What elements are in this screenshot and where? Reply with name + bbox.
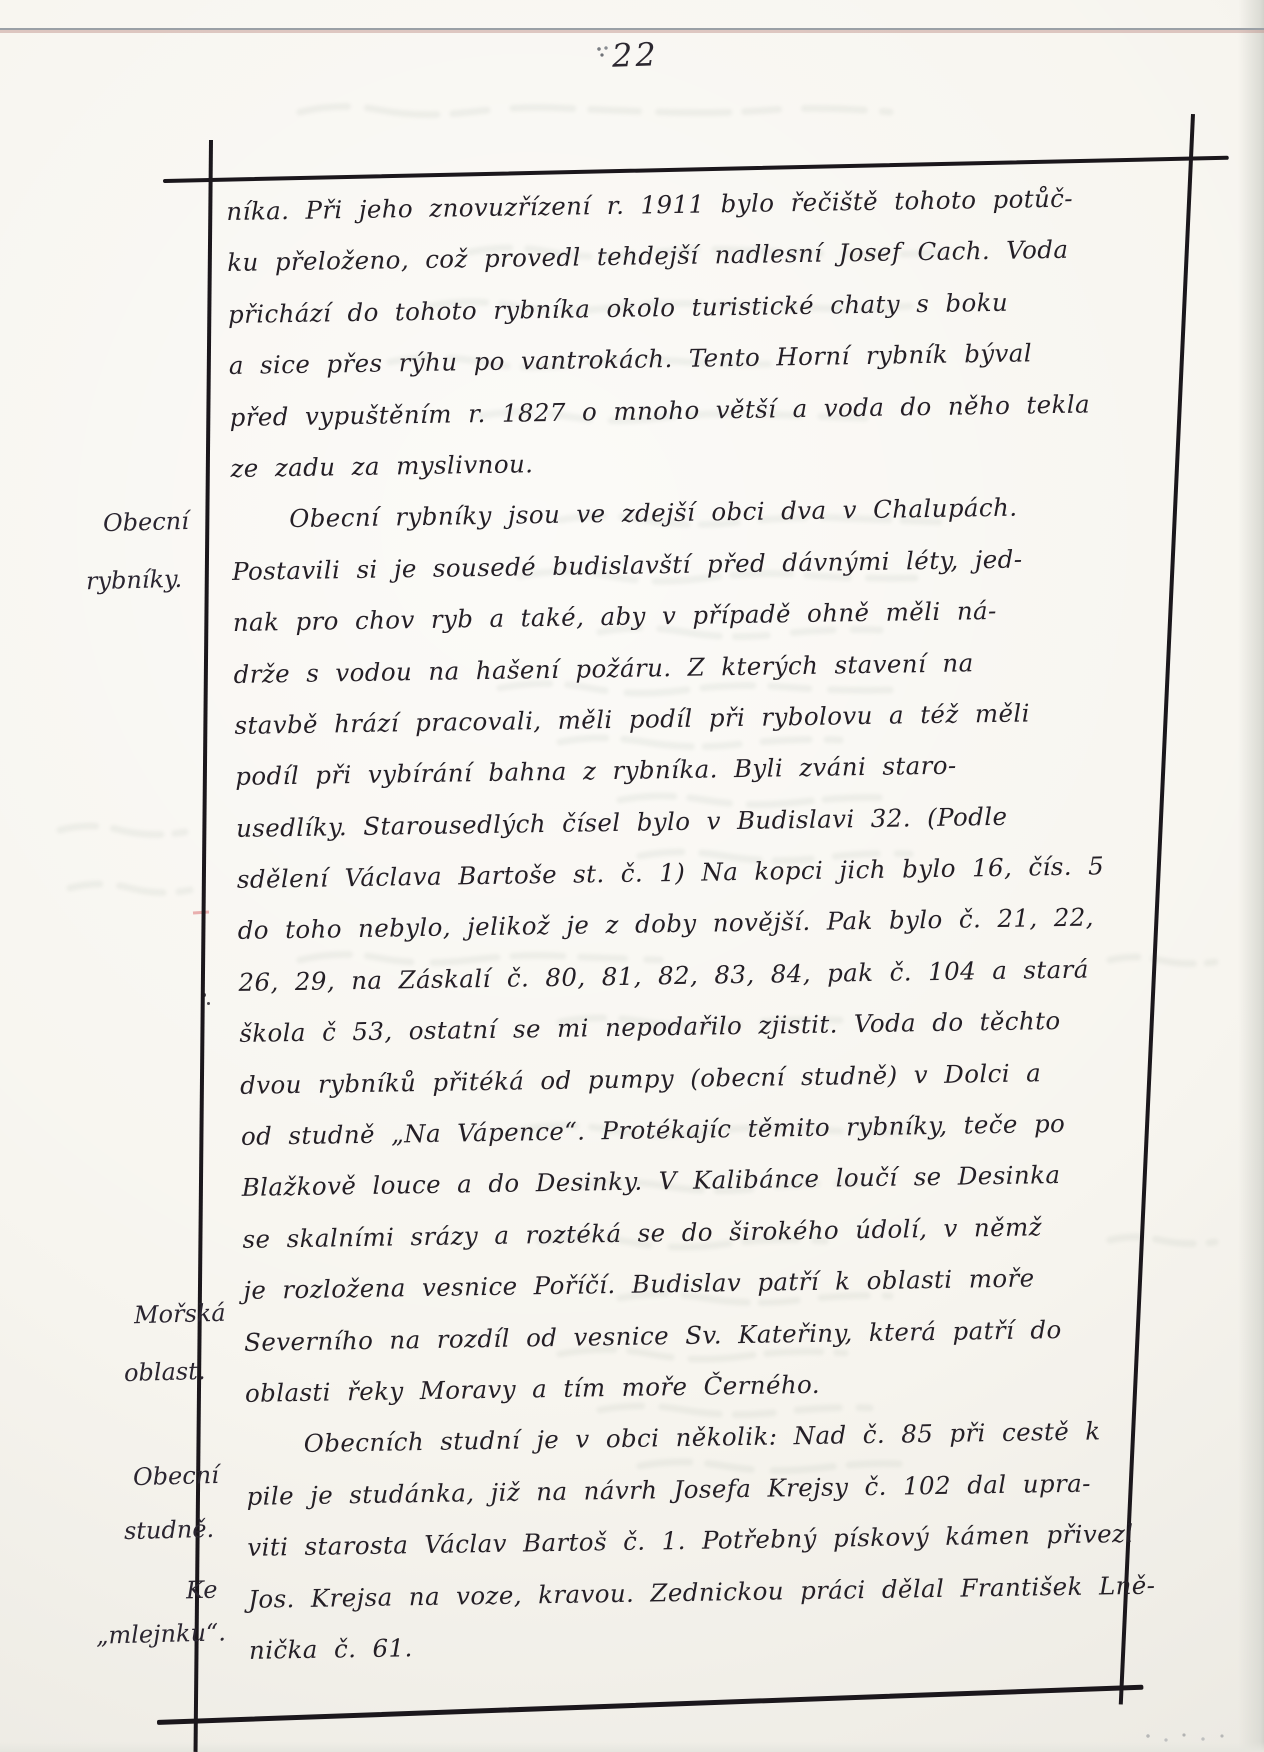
ink-specks: [596, 46, 610, 58]
scan-edge-top: [0, 0, 1264, 30]
frame-rule-left: [194, 140, 213, 1752]
corner-speckles: [1140, 1730, 1240, 1746]
margin-note-obecni-rybniky-line1: Obecní: [103, 507, 190, 537]
margin-note-ke-mlejnku-line2: „mlejnku“.: [96, 1618, 227, 1649]
margin-note-ke-mlejnku-line1: Ke: [186, 1576, 218, 1605]
scanned-chronicle-page: { "page": { "number": "22" }, "margin_no…: [0, 0, 1264, 1752]
margin-note-obecni-studne-line1: Obecní: [133, 1461, 220, 1491]
scan-edge-bottom: [0, 1742, 1264, 1752]
ink-speck: [207, 1002, 210, 1005]
scan-edge-right: [1238, 0, 1264, 1752]
handwritten-text-block: níka. Při jeho znovuzřízení r. 1911 bylo…: [226, 172, 1149, 1676]
margin-note-morska-oblast-line1: Mořská: [134, 1299, 226, 1329]
margin-note-morska-oblast-line2: oblast.: [124, 1357, 206, 1387]
page-number: 22: [611, 35, 659, 75]
frame-rule-bottom: [157, 1685, 1144, 1725]
margin-note-obecni-rybniky-line2: rybníky.: [86, 565, 183, 596]
margin-note-obecni-studne-line2: studně.: [124, 1515, 215, 1545]
